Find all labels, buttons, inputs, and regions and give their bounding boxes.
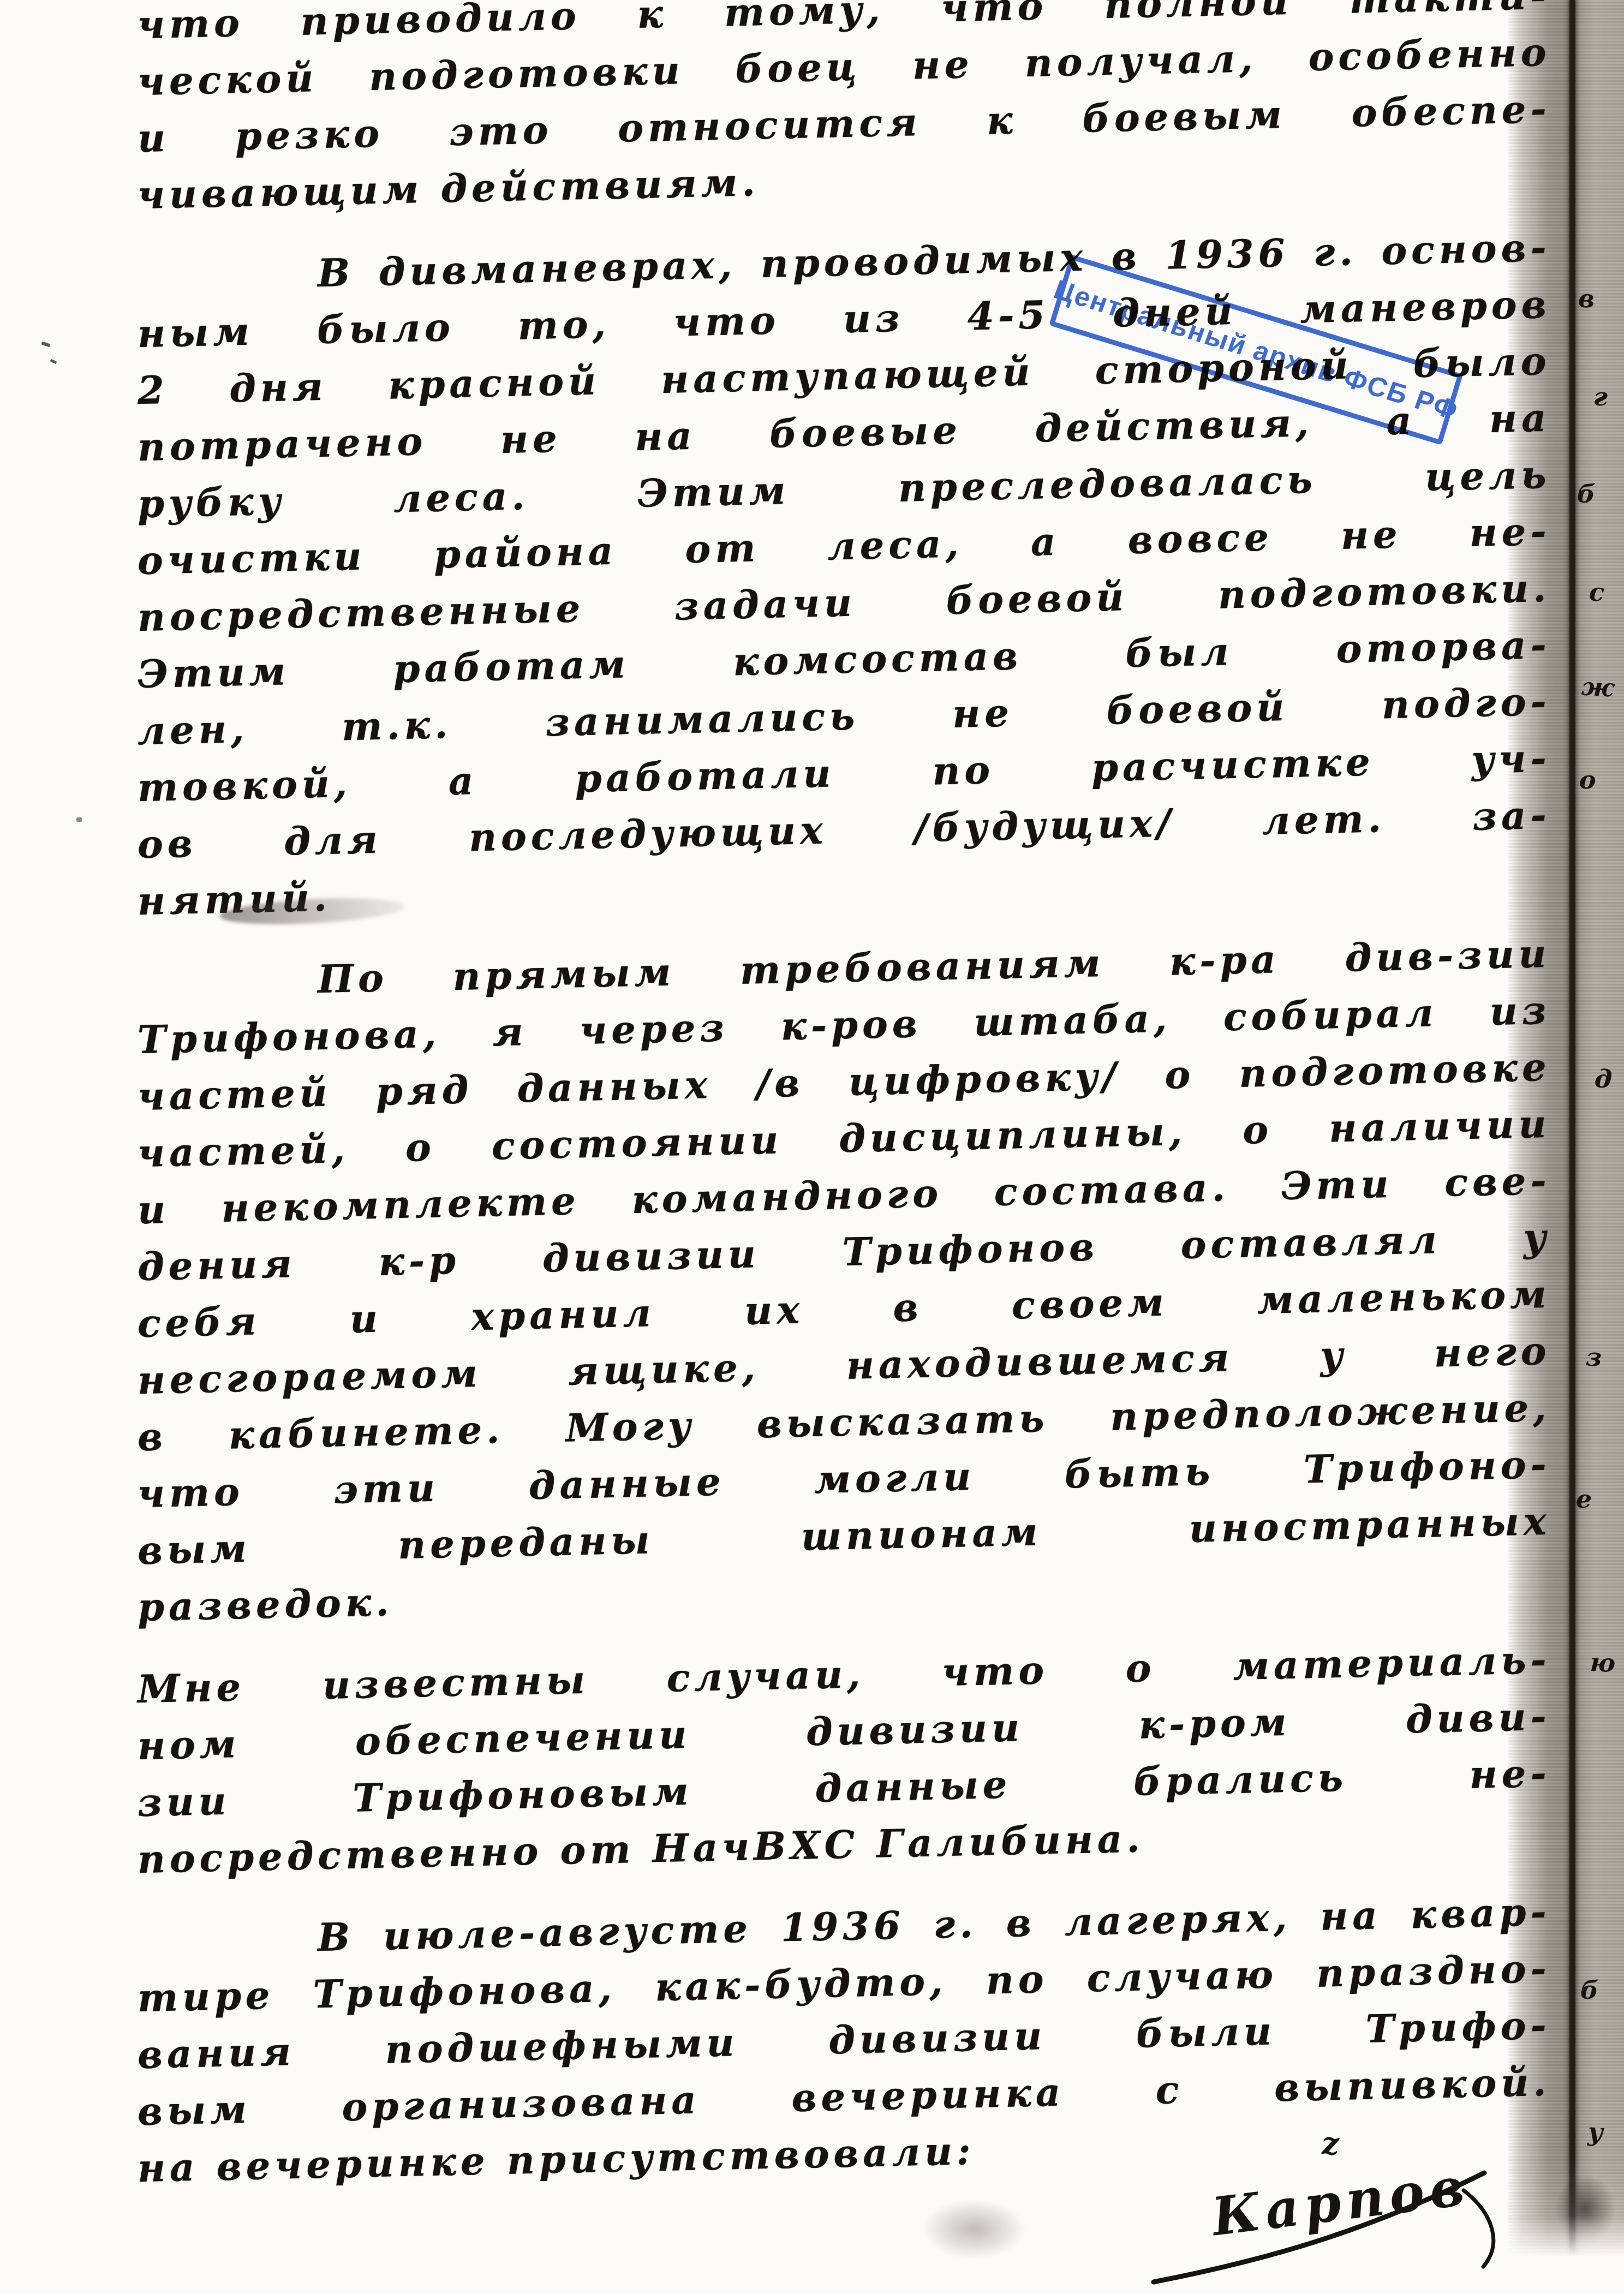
gray-smudge [922, 2199, 1026, 2259]
adjacent-page-letter: ж [1581, 671, 1615, 702]
adjacent-page-letter: б [1580, 1975, 1599, 2005]
signature-block: z Карпов [1130, 2120, 1599, 2294]
adjacent-page-letter: з [1585, 1342, 1603, 1372]
scan-speck [41, 342, 50, 348]
adjacent-page-letter: с [1589, 577, 1605, 607]
paragraph: что приводило к тому, что полной такти-ч… [138, 0, 1551, 224]
paragraph: Мне известны случаи, что о материаль-ном… [138, 1661, 1551, 1888]
handwritten-text-block: что приводило к тому, что полной такти-ч… [138, 0, 1551, 2222]
scan-speck [76, 817, 82, 822]
adjacent-page-letter: б [1577, 479, 1596, 509]
adjacent-page-letter: д [1594, 1064, 1613, 1094]
adjacent-page-letter: в [1578, 283, 1596, 314]
adjacent-page-letter: г [1593, 381, 1609, 411]
gutter-fold-line [1569, 0, 1575, 2259]
adjacent-page-letter: о [1579, 764, 1597, 795]
adjacent-page-letter: е [1575, 1484, 1593, 1514]
scanned-document-page: вгбсжодзеюбу что приводило к тому, что п… [0, 0, 1624, 2294]
adjacent-page-letter: ю [1590, 1647, 1616, 1678]
signature-mark: z [1322, 2126, 1339, 2162]
paragraph: По прямым требованиям к-ра див-зииТрифон… [138, 955, 1551, 1636]
scan-speck [50, 359, 57, 364]
